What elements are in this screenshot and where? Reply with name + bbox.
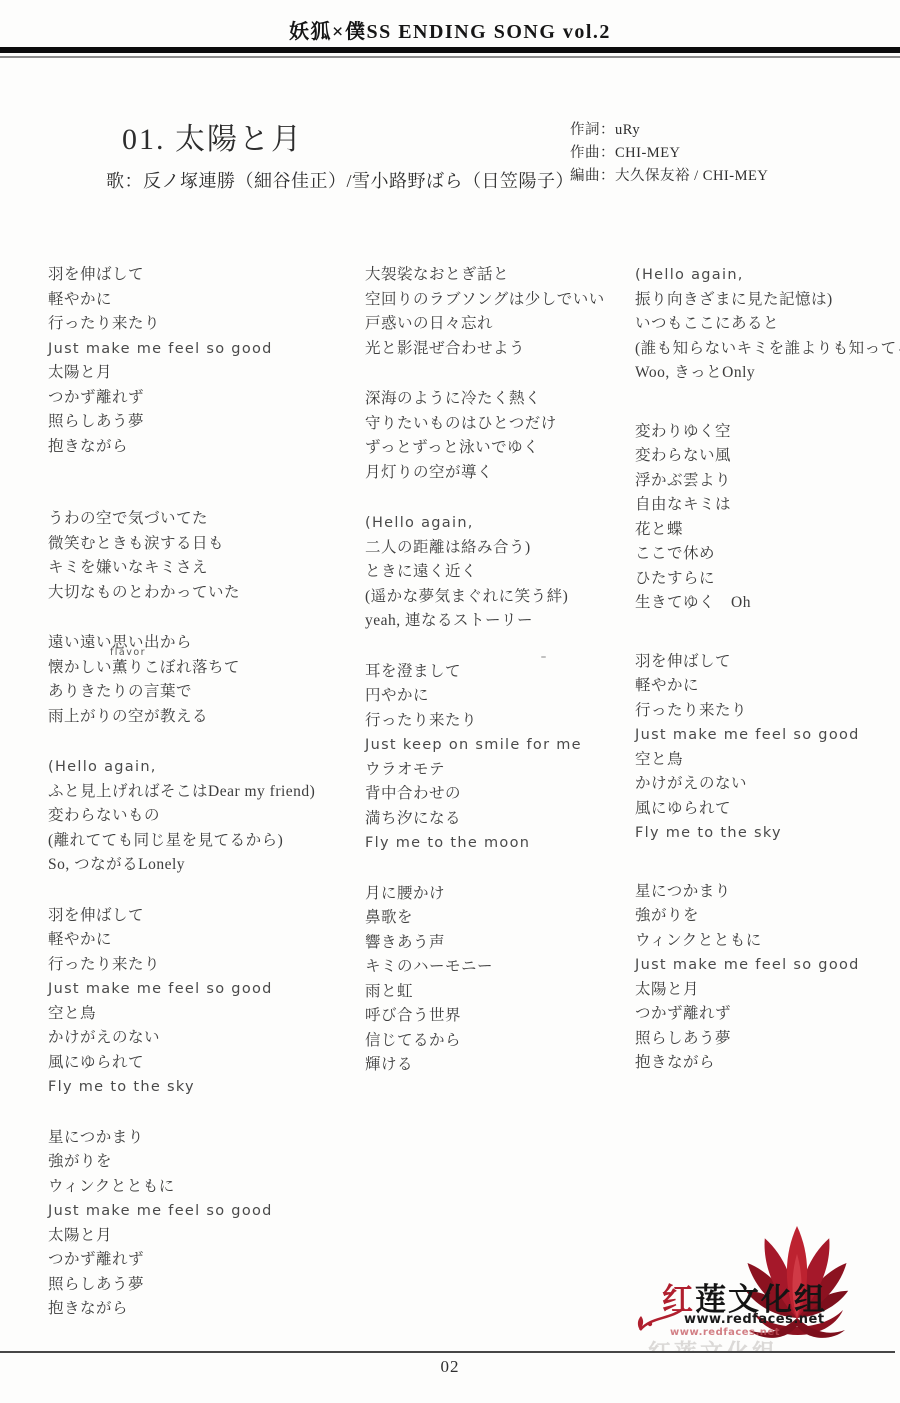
page-number: 02 [0,1357,900,1377]
lyric-line: Just make me feel so good [635,723,895,748]
lyric-line: So, つながるLonely [48,853,348,878]
lyric-line: 深海のように冷たく熱く [365,387,645,412]
lyric-line: 羽を伸ばして [48,904,348,929]
lyric-line: 変わりゆく空 [635,420,895,445]
lyric-line: 空回りのラブソングは少しでいい [365,288,645,313]
lyric-line: 信じてるから [365,1029,645,1054]
lyric-line: Just make me feel so good [48,1199,348,1224]
lyric-line: ウィンクとともに [48,1175,348,1200]
ruby-base: flavor薫り [112,659,144,676]
lyric-line: 強がりを [635,904,895,929]
credit-line: 作曲：CHI-MEY [570,142,768,165]
lyric-line: かけがえのない [635,772,895,797]
stanza: 月に腰かけ鼻歌を響きあう声キミのハーモニー雨と虹呼び合う世界信じてるから輝ける [365,882,645,1078]
lyric-line: 抱きながら [48,1297,348,1322]
lyric-line: 月に腰かけ [365,882,645,907]
lyric-line: 雨上がりの空が教える [48,705,348,730]
watermark-url: www.redfaces.net [684,1312,825,1327]
lyric-line: (Hello again, [48,755,348,780]
stanza: 羽を伸ばして軽やかに行ったり来たりJust make me feel so go… [48,904,348,1100]
lyric-line: (Hello again, [365,511,645,536]
scan-artifact [541,656,546,658]
lyric-line: (誰も知らないキミを誰よりも知ってる) [635,337,895,362]
lyric-line: Just make me feel so good [48,337,348,362]
lyric-line: 空と鳥 [48,1002,348,1027]
lyric-line: yeah, 連なるストーリー [365,609,645,634]
lyric-line: 変わらないもの [48,804,348,829]
lyric-line: 満ち汐になる [365,807,645,832]
lyric-line: 星につかまり [635,880,895,905]
lyric-line: うわの空で気づいてた [48,507,348,532]
lyrics-column-2: 大袈裟なおとぎ話と空回りのラブソングは少しでいい戸惑いの日々忘れ光と影混ぜ合わせ… [365,263,645,1104]
lyric-line: 円やかに [365,684,645,709]
lyric-line: 輝ける [365,1053,645,1078]
lyric-line: 大切なものとわかっていた [48,581,348,606]
watermark-reflection: www.redfaces.net 红莲文化组 [648,1327,888,1351]
stanza: 深海のように冷たく熱く守りたいものはひとつだけずっとずっと泳いでゆく月灯りの空が… [365,387,645,485]
lyric-line: ふと見上げればそこはDear my friend) [48,780,348,805]
lyric-line: Fly me to the sky [635,821,895,846]
stanza: 変わりゆく空変わらない風浮かぶ雲より自由なキミは花と蝶ここで休めひたすらに生きて… [635,420,895,616]
lyric-line: 振り向きざまに見た記憶は) [635,288,895,313]
lyric-line: つかず離れず [635,1002,895,1027]
stanza: 星につかまり強がりをウィンクとともにJust make me feel so g… [635,880,895,1076]
lyric-line: Fly me to the sky [48,1075,348,1100]
lyric-line: 懐かしいflavor薫りこぼれ落ちて [48,656,348,681]
lyric-line: 行ったり来たり [48,953,348,978]
lyric-line: 抱きながら [48,435,348,460]
stanza: 大袈裟なおとぎ話と空回りのラブソングは少しでいい戸惑いの日々忘れ光と影混ぜ合わせ… [365,263,645,361]
lyric-line: 照らしあう夢 [48,410,348,435]
lyric-line: 雨と虹 [365,980,645,1005]
lyric-line: 変わらない風 [635,444,895,469]
lyric-line: かけがえのない [48,1026,348,1051]
lyric-line: 花と蝶 [635,518,895,543]
lyric-line: (Hello again, [635,263,895,288]
lyric-line: キミを嫌いなキミさえ [48,556,348,581]
lyric-line: 生きてゆく Oh [635,591,895,616]
lyric-line: 月灯りの空が導く [365,461,645,486]
lyric-line: 軽やかに [48,288,348,313]
header-rule-thick [0,47,900,53]
lyric-line: ここで休め [635,542,895,567]
credit-line: 作詞：uRy [570,119,768,142]
lyric-line: 響きあう声 [365,931,645,956]
lyric-line: ひたすらに [635,567,895,592]
watermark-reflection-name: 红莲文化组 [648,1334,888,1351]
lyric-line: ウラオモテ [365,758,645,783]
lyric-line: 強がりを [48,1150,348,1175]
stanza: 遠い遠い思い出から懐かしいflavor薫りこぼれ落ちてありきたりの言葉で雨上がり… [48,631,348,729]
lyric-line: (遥かな夢気まぐれに笑う絆) [365,585,645,610]
lyric-line: 大袈裟なおとぎ話と [365,263,645,288]
lyric-line: 微笑むときも涙する日も [48,532,348,557]
lyric-line: 照らしあう夢 [48,1273,348,1298]
lyric-line: Fly me to the moon [365,831,645,856]
lyric-line: 羽を伸ばして [48,263,348,288]
lyric-line: 星につかまり [48,1126,348,1151]
lyric-line: 照らしあう夢 [635,1027,895,1052]
lyric-line: 鼻歌を [365,906,645,931]
song-credits: 作詞：uRy作曲：CHI-MEY編曲：大久保友裕 / CHI-MEY [570,119,768,188]
stanza: (Hello again,ふと見上げればそこはDear my friend)変わ… [48,755,348,878]
page-header-title: 妖狐×僕SS ENDING SONG vol.2 [0,15,900,44]
lyric-line: ありきたりの言葉で [48,680,348,705]
lyric-line: いつもここにあると [635,312,895,337]
lyrics-column-1: 羽を伸ばして軽やかに行ったり来たりJust make me feel so go… [48,263,348,1348]
lyric-line: 守りたいものはひとつだけ [365,412,645,437]
lyric-line: ずっとずっと泳いでゆく [365,436,645,461]
lyric-line: 行ったり来たり [635,699,895,724]
lyric-line: つかず離れず [48,386,348,411]
stanza: 羽を伸ばして軽やかに行ったり来たりJust make me feel so go… [635,650,895,846]
lyric-line: Just make me feel so good [48,977,348,1002]
stanza: 耳を澄まして円やかに行ったり来たりJust keep on smile for … [365,660,645,856]
lyric-line: つかず離れず [48,1248,348,1273]
lyric-line: 風にゆられて [48,1051,348,1076]
song-vocal-credit: 歌：反ノ塚連勝（細谷佳正）/雪小路野ばら（日笠陽子） [106,167,574,193]
lyric-line: Just make me feel so good [635,953,895,978]
lyric-line: 耳を澄まして [365,660,645,685]
lyric-line: 遠い遠い思い出から [48,631,348,656]
stanza: うわの空で気づいてた微笑むときも涙する日もキミを嫌いなキミさえ大切なものとわかっ… [48,507,348,605]
stanza: (Hello again,振り向きざまに見た記憶は)いつもここにあると(誰も知ら… [635,263,895,386]
lyric-line: 行ったり来たり [365,709,645,734]
lyric-line: キミのハーモニー [365,955,645,980]
header-rule-thin [0,56,900,58]
lyric-line: (離れてても同じ星を見てるから) [48,829,348,854]
lyric-line: 太陽と月 [635,978,895,1003]
lyric-line: 背中合わせの [365,782,645,807]
lyric-line: 行ったり来たり [48,312,348,337]
lyric-line: ときに遠く近く [365,560,645,585]
lyric-line: 太陽と月 [48,361,348,386]
stanza: 星につかまり強がりをウィンクとともにJust make me feel so g… [48,1126,348,1322]
lyric-line: ウィンクとともに [635,929,895,954]
lyric-line: 軽やかに [48,928,348,953]
lyric-line: 二人の距離は絡み合う) [365,536,645,561]
footer-rule [0,1351,895,1353]
lyric-line: Just keep on smile for me [365,733,645,758]
lyric-line: 戸惑いの日々忘れ [365,312,645,337]
lyric-line: 呼び合う世界 [365,1004,645,1029]
credit-line: 編曲：大久保友裕 / CHI-MEY [570,165,768,188]
lyric-line: 軽やかに [635,674,895,699]
song-title: 01. 太陽と月 [122,114,303,158]
lyric-line: 抱きながら [635,1051,895,1076]
lyrics-column-3: (Hello again,振り向きざまに見た記憶は)いつもここにあると(誰も知ら… [635,263,895,1110]
lyric-line: 羽を伸ばして [635,650,895,675]
lyric-line: 浮かぶ雲より [635,469,895,494]
ruby-annotation: flavor [110,648,146,658]
lyric-line: 自由なキミは [635,493,895,518]
lyric-line: Woo, きっとOnly [635,361,895,386]
booklet-page: 妖狐×僕SS ENDING SONG vol.2 01. 太陽と月 歌：反ノ塚連… [0,0,900,1403]
lyric-line: 太陽と月 [48,1224,348,1249]
lyric-line: 空と鳥 [635,748,895,773]
stanza: 羽を伸ばして軽やかに行ったり来たりJust make me feel so go… [48,263,348,459]
stanza: (Hello again,二人の距離は絡み合う)ときに遠く近く(遥かな夢気まぐれ… [365,511,645,634]
lyric-line: 光と影混ぜ合わせよう [365,337,645,362]
lyric-line: 風にゆられて [635,797,895,822]
